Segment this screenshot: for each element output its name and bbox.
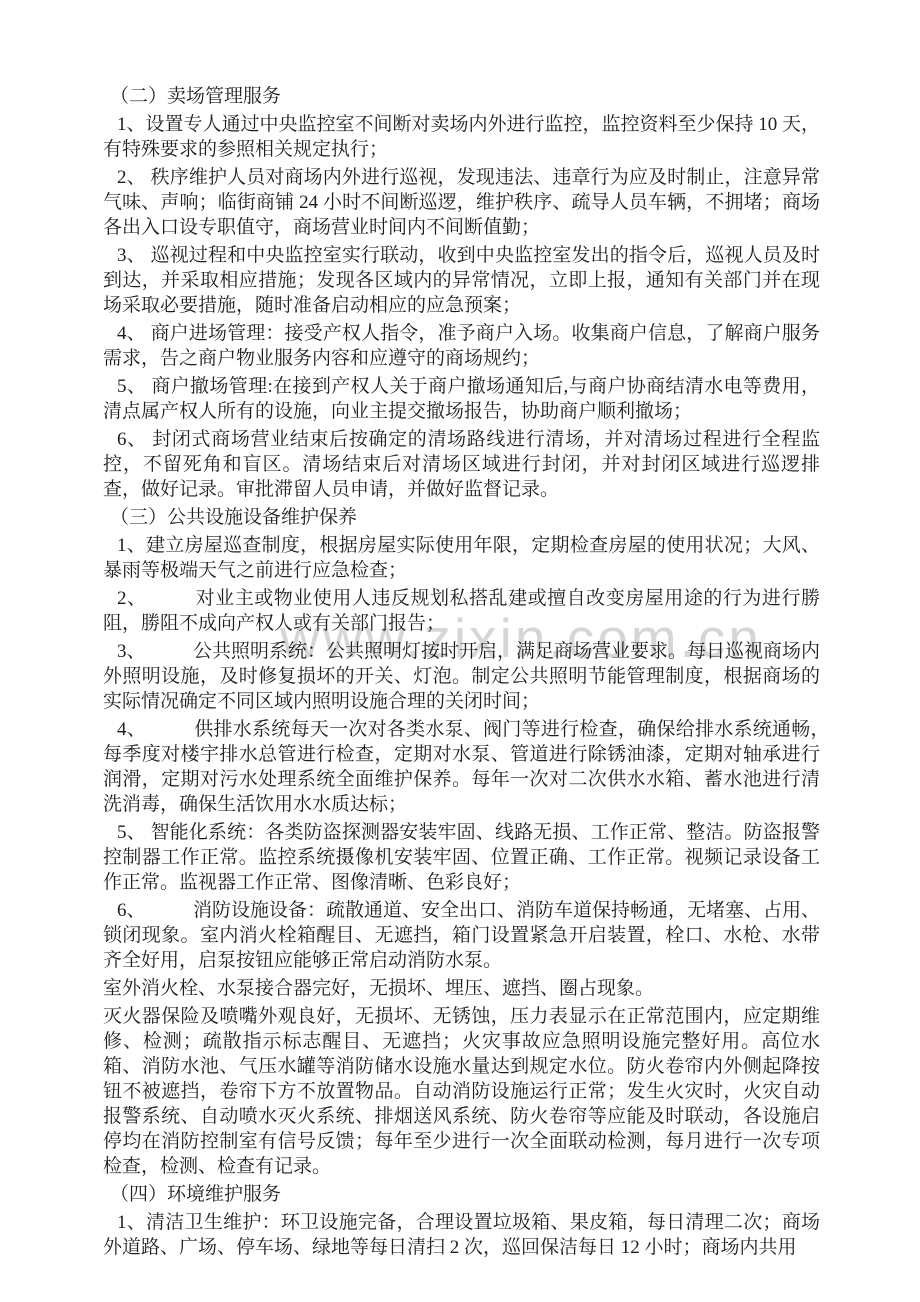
paragraph: 4、 供排水系统每天一次对各类水泵、阀门等进行检查，确保给排水系统通畅， 每季度… xyxy=(103,717,820,817)
paragraph: 3、 公共照明系统：公共照明灯按时开启，满足商场营业要求。每日巡视商场内外照明设… xyxy=(103,639,820,714)
section-2-heading: （二）卖场管理服务 xyxy=(103,84,820,109)
paragraph: 1、设置专人通过中央监控室不间断对卖场内外进行监控，监控资料至少保持 10 天，… xyxy=(103,112,820,162)
paragraph: 1、建立房屋巡查制度，根据房屋实际使用年限，定期检查房屋的使用状况；大风、暴雨等… xyxy=(103,533,820,583)
section-3-heading: （三）公共设施设备维护保养 xyxy=(103,505,820,530)
document-page: www.zixin.com.cn （二）卖场管理服务 1、设置专人通过中央监控室… xyxy=(0,0,920,1302)
paragraph: 灭火器保险及喷嘴外观良好，无损坏、无锈蚀，压力表显示在正常范围内，应定期维修、检… xyxy=(103,1004,820,1179)
section-4-heading: （四）环境维护服务 xyxy=(103,1182,820,1207)
paragraph: 3、 巡视过程和中央监控室实行联动，收到中央监控室发出的指令后，巡视人员及时到达… xyxy=(103,243,820,318)
paragraph: 5、 智能化系统：各类防盗探测器安装牢固、线路无损、工作正常、整洁。防盗报警控制… xyxy=(103,820,820,895)
paragraph: 4、 商户进场管理：接受产权人指令，准予商户入场。收集商户信息，了解商户服务需求… xyxy=(103,321,820,371)
paragraph: 2、 对业主或物业使用人违反规划私搭乱建或擅自改变房屋用途的行为进行勝阻，勝阻不… xyxy=(103,586,820,636)
paragraph: 6、 消防设施设备：疏散通道、安全出口、消防车道保持畅通，无堵塞、占用、锁闭现象… xyxy=(103,898,820,973)
paragraph: 室外消火栓、水泵接合器完好，无损坏、埋压、遮挡、圈占现象。 xyxy=(103,976,820,1001)
document-content: （二）卖场管理服务 1、设置专人通过中央监控室不间断对卖场内外进行监控，监控资料… xyxy=(0,0,920,1260)
paragraph: 2、 秩序维护人员对商场内外进行巡视，发现违法、违章行为应及时制止，注意异常气味… xyxy=(103,165,820,240)
paragraph: 6、 封闭式商场营业结束后按确定的清场路线进行清场，并对清场过程进行全程监控，不… xyxy=(103,427,820,502)
paragraph: 5、 商户撤场管理:在接到产权人关于商户撤场通知后,与商户协商结清水电等费用，清… xyxy=(103,374,820,424)
paragraph: 1、清洁卫生维护：环卫设施完备，合理设置垃圾箱、果皮箱，每日清理二次；商场外道路… xyxy=(103,1210,820,1260)
